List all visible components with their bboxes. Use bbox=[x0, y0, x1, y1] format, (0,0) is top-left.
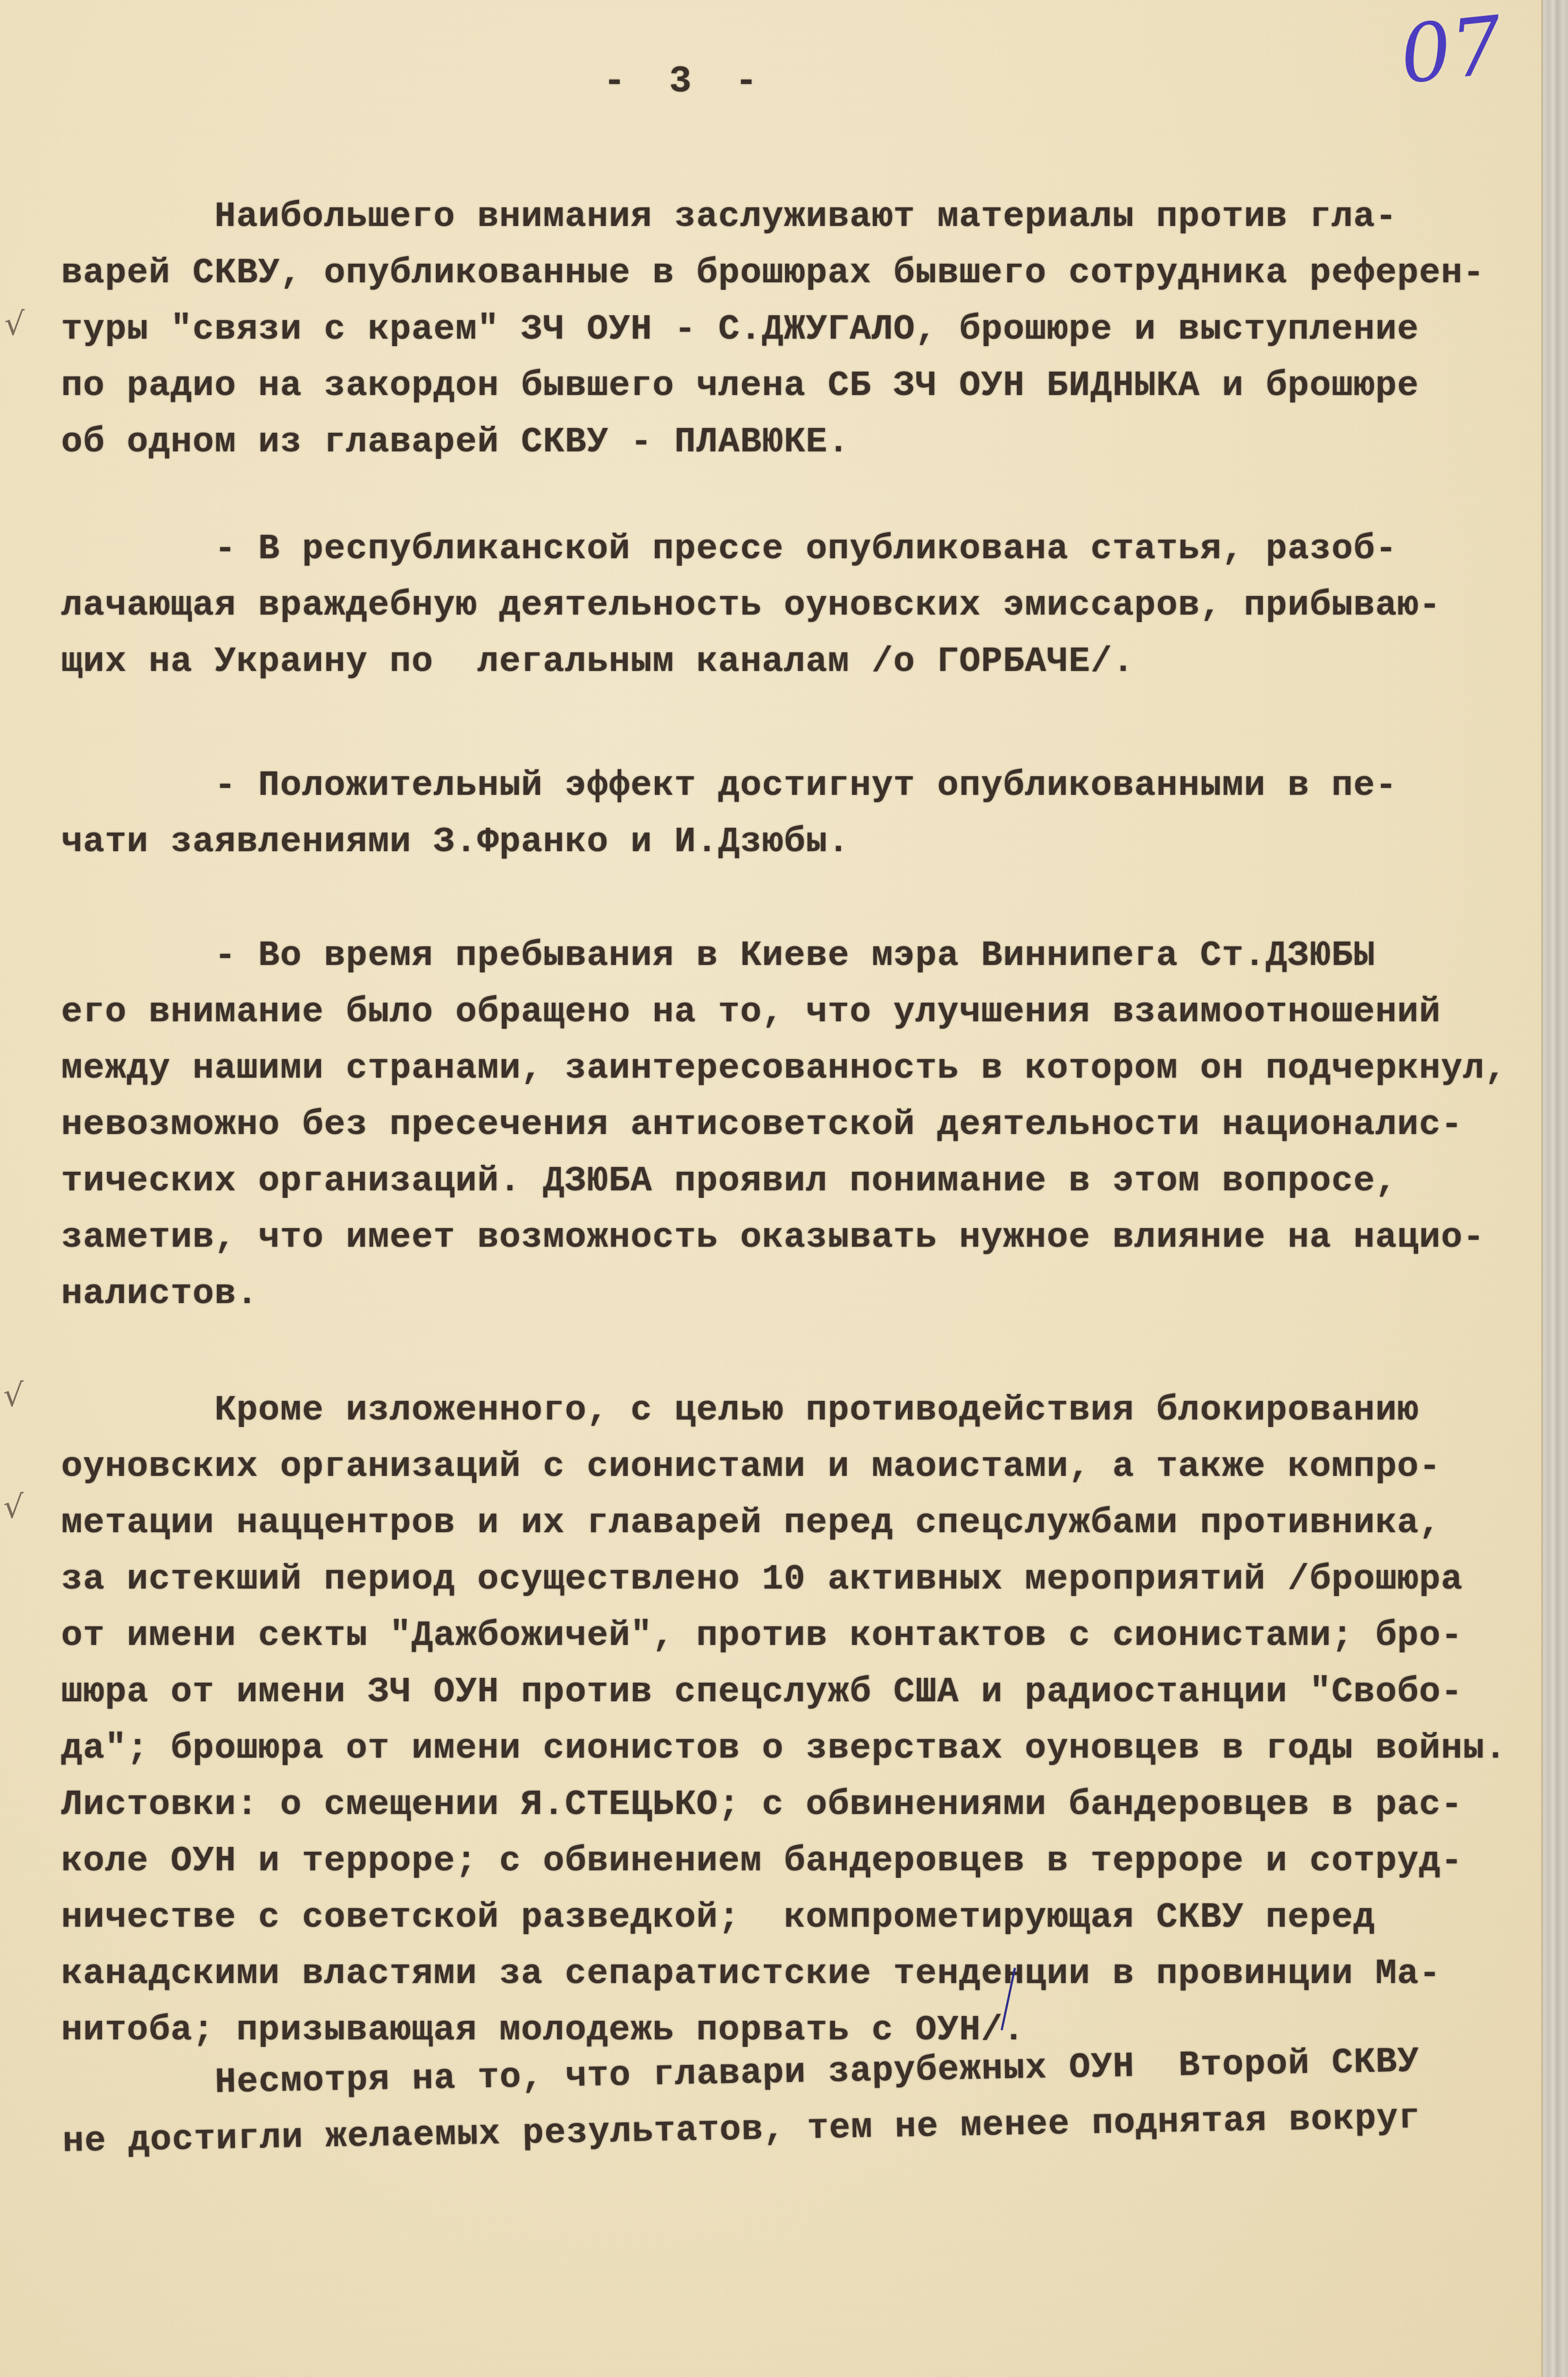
text-line: Наибольшего внимания заслуживают материа… bbox=[61, 189, 1496, 245]
text-line: по радио на закордон бывшего члена СБ ЗЧ… bbox=[61, 358, 1496, 414]
text-line: - В республиканской прессе опубликована … bbox=[61, 521, 1496, 577]
text-line: налистов. bbox=[61, 1266, 1496, 1322]
text-line: коле ОУН и терроре; с обвинением бандеро… bbox=[61, 1833, 1496, 1889]
text-line: его внимание было обращено на то, что ул… bbox=[61, 984, 1496, 1040]
paragraph-4: - Во время пребывания в Киеве мэра Винни… bbox=[61, 928, 1496, 1322]
text-line: об одном из главарей СКВУ - ПЛАВЮКЕ. bbox=[61, 414, 1496, 471]
text-line: Кроме изложенного, с целью противодейств… bbox=[61, 1382, 1496, 1439]
text-line: варей СКВУ, опубликованные в брошюрах бы… bbox=[61, 245, 1496, 301]
margin-check-mark: √ bbox=[4, 306, 24, 343]
margin-check-mark: √ bbox=[3, 1377, 23, 1414]
text-line: от имени секты "Дажбожичей", против конт… bbox=[61, 1608, 1496, 1664]
document-page: 07 - 3 - √ √ √ Наибольшего внимания засл… bbox=[0, 0, 1541, 2377]
text-line: невозможно без пресечения антисоветской … bbox=[61, 1097, 1496, 1153]
paragraph-1: Наибольшего внимания заслуживают материа… bbox=[61, 189, 1496, 471]
text-line: - Во время пребывания в Киеве мэра Винни… bbox=[61, 928, 1496, 984]
paragraph-3: - Положительный эффект достигнут опублик… bbox=[61, 758, 1496, 870]
text-line: туры "связи с краем" ЗЧ ОУН - С.ДЖУГАЛО,… bbox=[61, 301, 1496, 358]
text-line: да"; брошюра от имени сионистов о зверст… bbox=[61, 1720, 1496, 1777]
text-line: канадскими властями за сепаратистские те… bbox=[61, 1946, 1496, 2002]
text-line: между нашими странами, заинтересованност… bbox=[61, 1040, 1496, 1097]
text-line: шюра от имени ЗЧ ОУН против спецслужб СШ… bbox=[61, 1664, 1496, 1720]
paragraph-2: - В республиканской прессе опубликована … bbox=[61, 521, 1496, 690]
text-line: за истекший период осуществлено 10 актив… bbox=[61, 1551, 1496, 1608]
text-line: заметив, что имеет возможность оказывать… bbox=[61, 1210, 1496, 1266]
paragraph-5: Кроме изложенного, с целью противодейств… bbox=[61, 1382, 1496, 2059]
text-line: ничестве с советской разведкой; компроме… bbox=[61, 1889, 1496, 1946]
page-stack-edge bbox=[1541, 0, 1568, 2377]
text-line: - Положительный эффект достигнут опублик… bbox=[61, 758, 1496, 814]
margin-check-mark: √ bbox=[3, 1489, 23, 1526]
text-line: оуновских организаций с сионистами и мао… bbox=[61, 1439, 1496, 1495]
text-line: Листовки: о смещении Я.СТЕЦЬКО; с обвине… bbox=[61, 1777, 1496, 1833]
text-line: лачающая враждебную деятельность оуновск… bbox=[61, 577, 1496, 634]
text-line: метации наццентров и их главарей перед с… bbox=[61, 1495, 1496, 1551]
text-line: чати заявлениями З.Франко и И.Дзюбы. bbox=[61, 814, 1496, 870]
text-line: щих на Украину по легальным каналам /о Г… bbox=[61, 634, 1496, 690]
page-number: - 3 - bbox=[603, 61, 768, 103]
text-line: тических организаций. ДЗЮБА проявил пони… bbox=[61, 1153, 1496, 1210]
handwritten-folio-number: 07 bbox=[1396, 0, 1506, 102]
